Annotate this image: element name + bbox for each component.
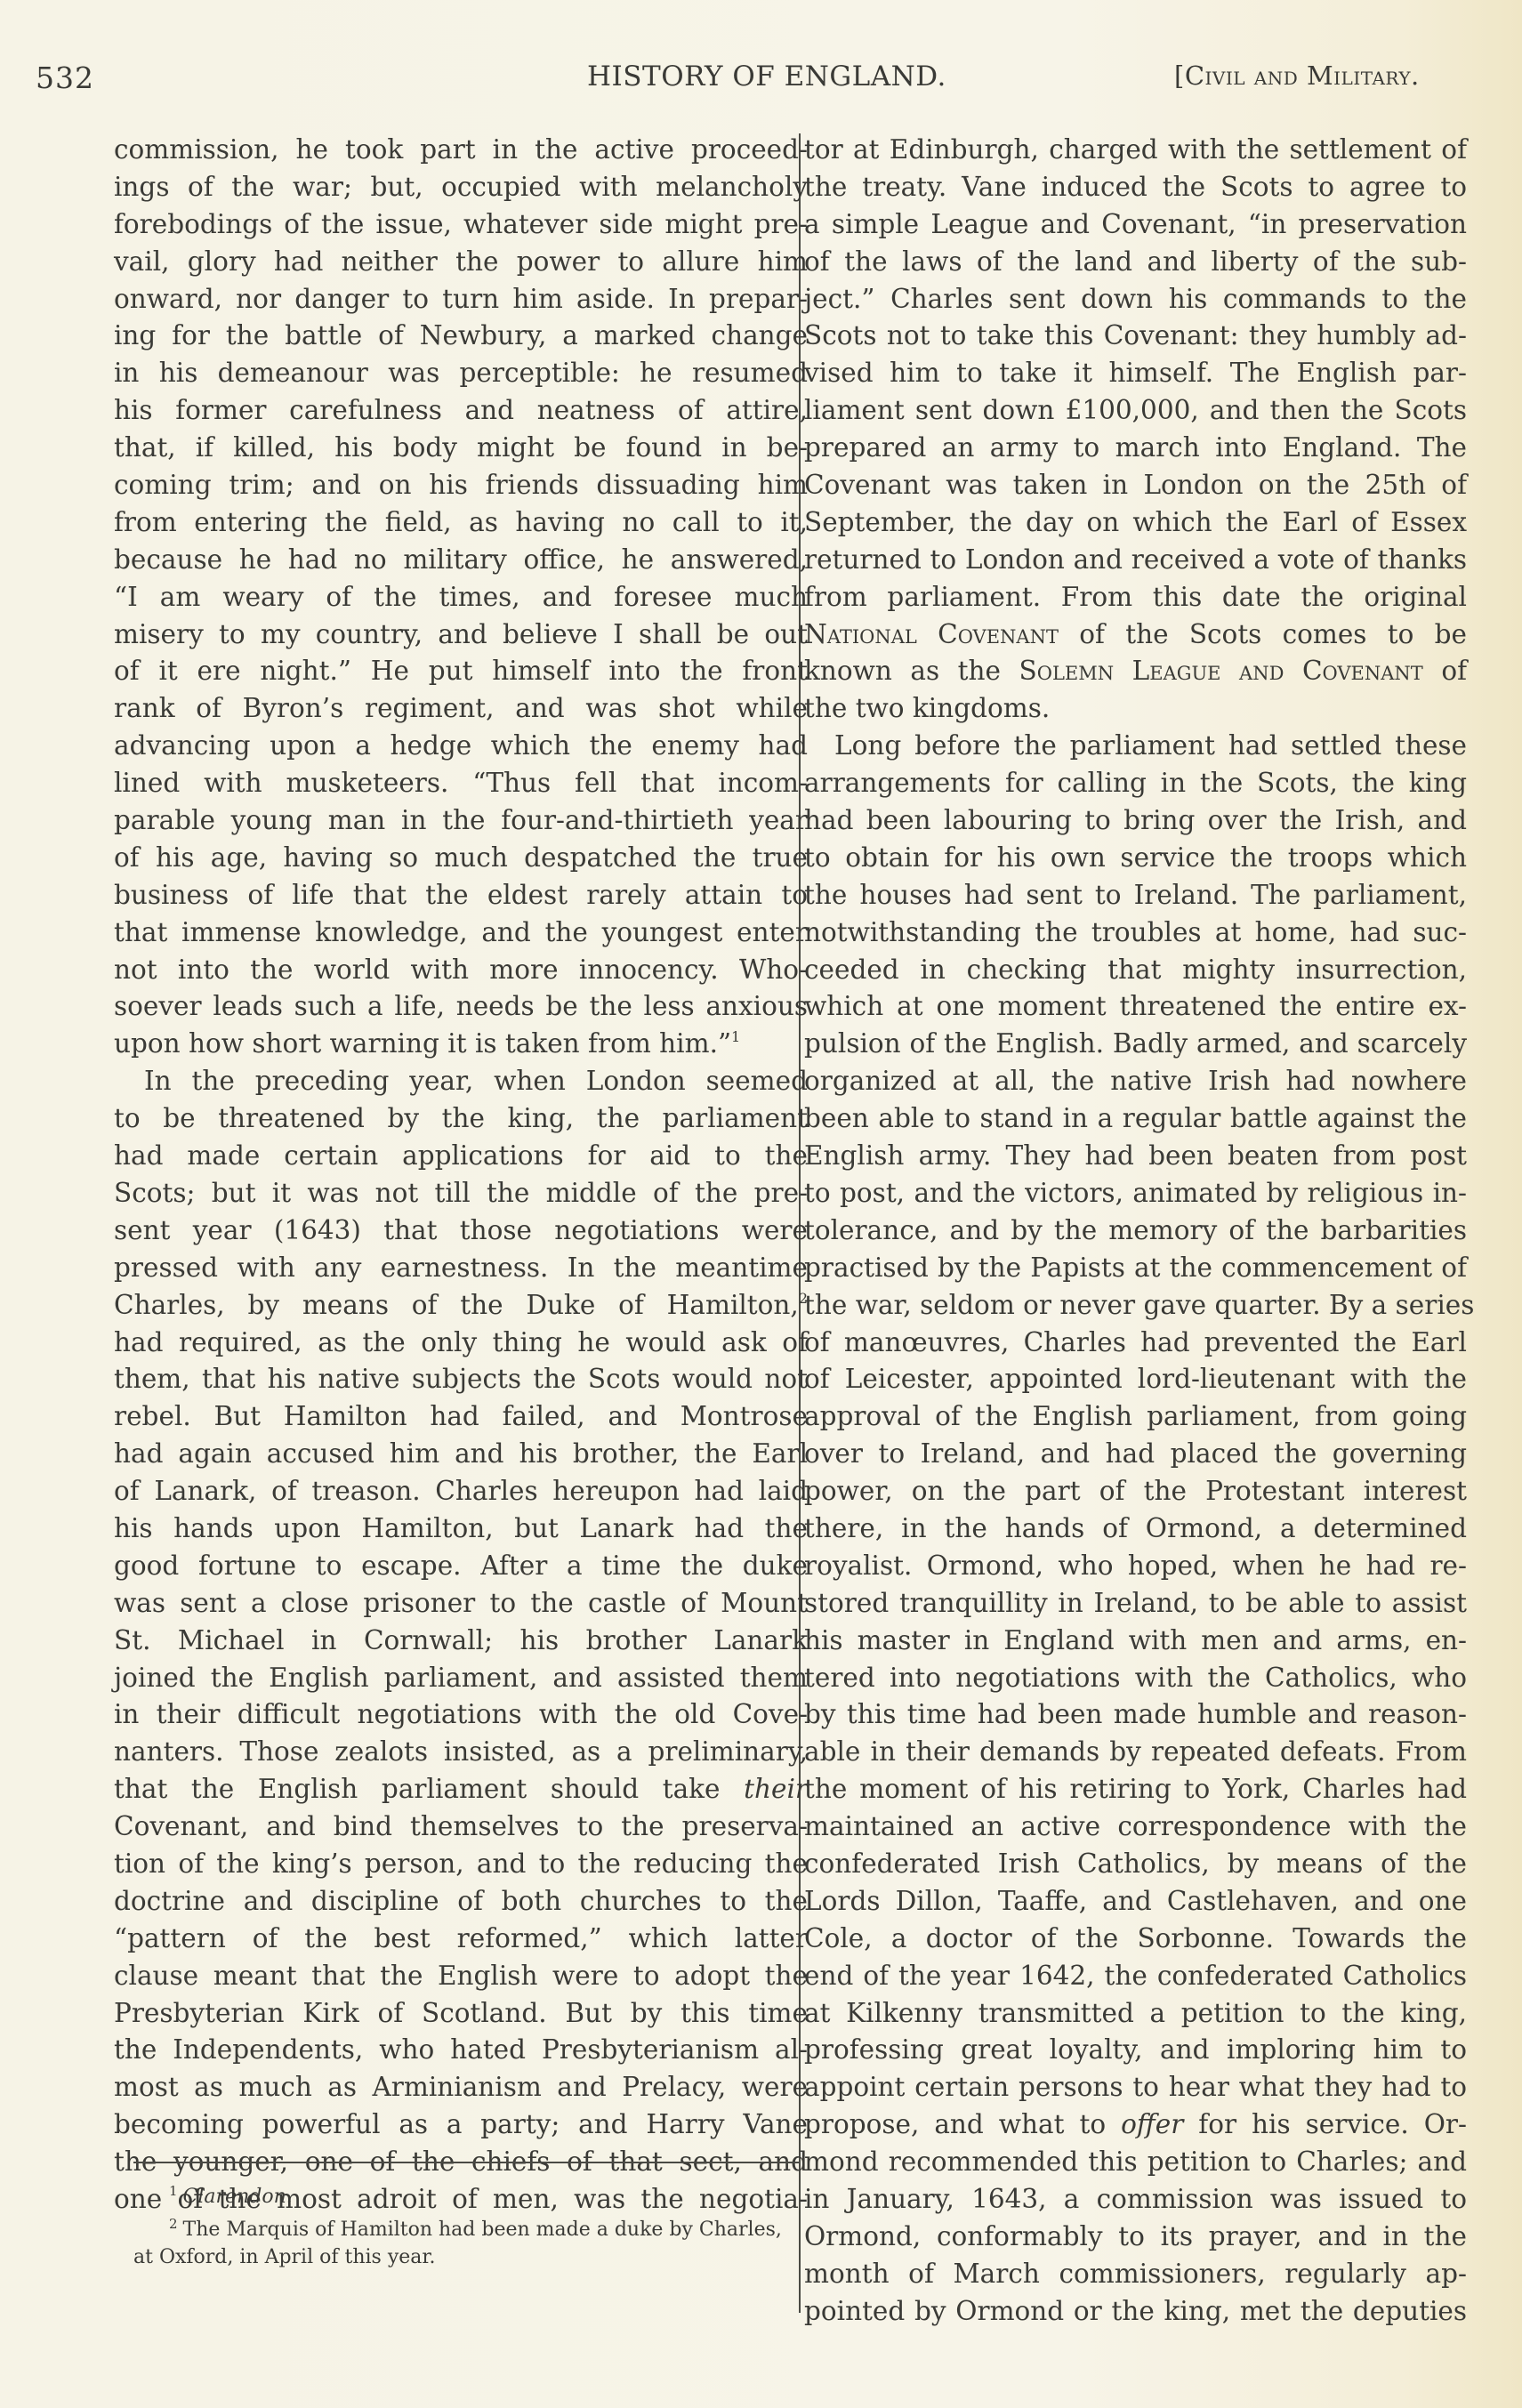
text-line: commission, he took part in the active p…	[114, 132, 808, 169]
text-line: Scots not to take this Covenant: they hu…	[804, 318, 1467, 355]
text-line: not into the world with more innocency. …	[114, 952, 808, 989]
page-number: 532	[36, 60, 94, 95]
text-line: vised him to take it himself. The Englis…	[804, 355, 1467, 392]
text-line: practised by the Papists at the commence…	[804, 1250, 1467, 1287]
text-line: forebodings of the issue, whatever side …	[114, 206, 808, 244]
text-line: Scots; but it was not till the middle of…	[114, 1175, 808, 1212]
text-line: rank of Byron’s regiment, and was shot w…	[114, 690, 808, 728]
text-line: National Covenant of the Scots comes to …	[804, 616, 1467, 654]
running-title: HISTORY OF ENGLAND.	[587, 60, 946, 93]
text-line: of his age, having so much despatched th…	[114, 840, 808, 877]
text-line: most as much as Arminianism and Prelacy,…	[114, 2069, 808, 2106]
text-line: the Independents, who hated Presbyterian…	[114, 2032, 808, 2069]
text-line: Covenant was taken in London on the 25th…	[804, 467, 1467, 504]
text-line: ings of the war; but, occupied with mela…	[114, 169, 808, 206]
footnote-1: 1Clarendon.	[133, 2178, 801, 2211]
text-line: “pattern of the best reformed,” which la…	[114, 1921, 808, 1958]
text-line: coming trim; and on his friends dissuadi…	[114, 467, 808, 504]
footnote-text: Clarendon.	[183, 2186, 293, 2208]
text-line: ject.” Charles sent down his commands to…	[804, 281, 1467, 318]
text-line: because he had no military office, he an…	[114, 542, 808, 579]
text-segment: of the Scots comes to be	[1059, 619, 1467, 649]
text-line: from entering the field, as having no ca…	[114, 504, 808, 542]
text-line: pressed with any earnestness. In the mea…	[114, 1250, 808, 1287]
right-column: tor at Edinburgh, charged with the settl…	[804, 132, 1467, 2331]
text-line: notwithstanding the troubles at home, ha…	[804, 914, 1467, 952]
text-line: becoming powerful as a party; and Harry …	[114, 2106, 808, 2144]
text-line: from parliament. From this date the orig…	[804, 579, 1467, 616]
text-line: his former carefulness and neatness of a…	[114, 392, 808, 430]
text-line: propose, and what to offer for his servi…	[804, 2106, 1467, 2144]
small-caps-term: National Covenant	[804, 619, 1059, 649]
text-line: of the laws of the land and liberty of t…	[804, 244, 1467, 281]
footnote-2-continued: at Oxford, in April of this year.	[133, 2243, 801, 2271]
paragraph-start: In the preceding year, when London seeme…	[114, 1063, 808, 1100]
text-line: had been labouring to bring over the Iri…	[804, 802, 1467, 840]
italic-emphasis: their	[744, 1774, 808, 1804]
text-line: nanters. Those zealots insisted, as a pr…	[114, 1734, 808, 1771]
text-line: of it ere night.” He put himself into th…	[114, 653, 808, 690]
text-line: appoint certain persons to hear what the…	[804, 2069, 1467, 2106]
text-segment: of	[1423, 656, 1467, 686]
text-line: able in their demands by repeated defeat…	[804, 1734, 1467, 1771]
footnotes: 1Clarendon. 2The Marquis of Hamilton had…	[133, 2178, 801, 2271]
text-line: confederated Irish Catholics, by means o…	[804, 1846, 1467, 1883]
text-segment: Charles, by means of the Duke of Hamilto…	[114, 1290, 799, 1320]
text-segment: for his service. Or-	[1183, 2109, 1467, 2139]
text-line: that the English parliament should take …	[114, 1771, 808, 1808]
text-line: tor at Edinburgh, charged with the settl…	[804, 132, 1467, 169]
text-line: of Leicester, appointed lord-lieutenant …	[804, 1361, 1467, 1398]
text-line: had again accused him and his brother, t…	[114, 1436, 808, 1473]
text-line: maintained an active correspondence with…	[804, 1808, 1467, 1846]
text-line: stored tranquillity in Ireland, to be ab…	[804, 1585, 1467, 1623]
text-line: organized at all, the native Irish had n…	[804, 1063, 1467, 1100]
text-line: to be threatened by the king, the parlia…	[114, 1100, 808, 1138]
text-line: of manœuvres, Charles had prevented the …	[804, 1325, 1467, 1362]
text-line: pulsion of the English. Badly armed, and…	[804, 1026, 1467, 1063]
text-line: the war, seldom or never gave quarter. B…	[804, 1287, 1467, 1325]
text-line: “I am weary of the times, and foresee mu…	[114, 579, 808, 616]
footnote-reference[interactable]: 1	[731, 1028, 740, 1045]
text-line: good fortune to escape. After a time the…	[114, 1548, 808, 1585]
text-line: tered into negotiations with the Catholi…	[804, 1660, 1467, 1697]
text-line: tolerance, and by the memory of the barb…	[804, 1212, 1467, 1250]
text-line: royalist. Ormond, who hoped, when he had…	[804, 1548, 1467, 1585]
text-line: Lords Dillon, Taaffe, and Castlehaven, a…	[804, 1883, 1467, 1921]
text-line: them, that his native subjects the Scots…	[114, 1361, 808, 1398]
italic-emphasis: offer	[1121, 2109, 1183, 2139]
text-line: was sent a close prisoner to the castle …	[114, 1585, 808, 1623]
text-line: approval of the English parliament, from…	[804, 1398, 1467, 1436]
text-line: the houses had sent to Ireland. The parl…	[804, 877, 1467, 914]
text-line: business of life that the eldest rarely …	[114, 877, 808, 914]
text-line: sent year (1643) that those negotiations…	[114, 1212, 808, 1250]
text-line: Covenant, and bind themselves to the pre…	[114, 1808, 808, 1846]
text-line: to post, and the victors, animated by re…	[804, 1175, 1467, 1212]
page-header: 532 HISTORY OF ENGLAND. [Civil and Milit…	[0, 60, 1522, 96]
text-line: clause meant that the English were to ad…	[114, 1958, 808, 1995]
text-line: known as the Solemn League and Covenant …	[804, 653, 1467, 690]
text-line: ceeded in checking that mighty insurrect…	[804, 952, 1467, 989]
text-line: parable young man in the four-and-thirti…	[114, 802, 808, 840]
footnote-marker: 1	[169, 2183, 178, 2199]
text-line: in his demeanour was perceptible: he res…	[114, 355, 808, 392]
text-line: by this time had been made humble and re…	[804, 1696, 1467, 1734]
text-line: there, in the hands of Ormond, a determi…	[804, 1510, 1467, 1548]
footnote-2: 2The Marquis of Hamilton had been made a…	[133, 2211, 801, 2243]
text-line: ing for the battle of Newbury, a marked …	[114, 318, 808, 355]
text-segment: upon how short warning it is taken from …	[114, 1028, 731, 1059]
text-line: upon how short warning it is taken from …	[114, 1026, 808, 1063]
text-line: that immense knowledge, and the youngest…	[114, 914, 808, 952]
text-line: the treaty. Vane induced the Scots to ag…	[804, 169, 1467, 206]
text-line: power, on the part of the Protestant int…	[804, 1473, 1467, 1510]
text-line: had made certain applications for aid to…	[114, 1138, 808, 1175]
text-line: advancing upon a hedge which the enemy h…	[114, 728, 808, 765]
text-line: returned to London and received a vote o…	[804, 542, 1467, 579]
text-line: which at one moment threatened the entir…	[804, 988, 1467, 1026]
text-line: Cole, a doctor of the Sorbonne. Towards …	[804, 1921, 1467, 1958]
text-line: to obtain for his own service the troops…	[804, 840, 1467, 877]
text-segment: that the English parliament should take	[114, 1774, 744, 1804]
text-line: rebel. But Hamilton had failed, and Mont…	[114, 1398, 808, 1436]
text-segment: known as the	[804, 656, 1019, 686]
text-line: Charles, by means of the Duke of Hamilto…	[114, 1287, 808, 1325]
text-line: end of the year 1642, the confederated C…	[804, 1958, 1467, 1995]
text-line: Presbyterian Kirk of Scotland. But by th…	[114, 1995, 808, 2033]
text-line: professing great loyalty, and imploring …	[804, 2032, 1467, 2069]
paragraph-start: Long before the parliament had settled t…	[804, 728, 1467, 765]
text-line: onward, nor danger to turn him aside. In…	[114, 281, 808, 318]
text-line: his master in England with men and arms,…	[804, 1623, 1467, 1660]
footnote-marker: 2	[169, 2216, 178, 2232]
text-line: Ormond, conformably to its prayer, and i…	[804, 2219, 1467, 2256]
text-line: in their difficult negotiations with the…	[114, 1696, 808, 1734]
footnote-divider	[133, 2162, 801, 2163]
text-line: September, the day on which the Earl of …	[804, 504, 1467, 542]
text-segment: propose, and what to	[804, 2109, 1121, 2139]
text-line: mond recommended this petition to Charle…	[804, 2144, 1467, 2181]
text-line: doctrine and discipline of both churches…	[114, 1883, 808, 1921]
text-line: of Lanark, of treason. Charles hereupon …	[114, 1473, 808, 1510]
section-title: [Civil and Military.	[1174, 60, 1420, 91]
text-line: in January, 1643, a commission was issue…	[804, 2181, 1467, 2219]
text-line: had required, as the only thing he would…	[114, 1325, 808, 1362]
text-line: month of March commissioners, regularly …	[804, 2256, 1467, 2293]
text-line: arrangements for calling in the Scots, t…	[804, 765, 1467, 802]
text-line: tion of the king’s person, and to the re…	[114, 1846, 808, 1883]
text-line: the moment of his retiring to York, Char…	[804, 1771, 1467, 1808]
text-line: St. Michael in Cornwall; his brother Lan…	[114, 1623, 808, 1660]
small-caps-term: Solemn League and Covenant	[1019, 656, 1423, 686]
text-line: been able to stand in a regular battle a…	[804, 1100, 1467, 1138]
footnote-text: The Marquis of Hamilton had been made a …	[183, 2219, 782, 2241]
text-line: lined with musketeers. “Thus fell that i…	[114, 765, 808, 802]
text-line: vail, glory had neither the power to all…	[114, 244, 808, 281]
text-line: English army. They had been beaten from …	[804, 1138, 1467, 1175]
text-line: misery to my country, and believe I shal…	[114, 616, 808, 654]
text-line: liament sent down £100,000, and then the…	[804, 392, 1467, 430]
text-line: a simple League and Covenant, “in preser…	[804, 206, 1467, 244]
text-line: over to Ireland, and had placed the gove…	[804, 1436, 1467, 1473]
text-line: prepared an army to march into England. …	[804, 430, 1467, 467]
text-line: the two kingdoms.	[804, 690, 1467, 728]
text-line: joined the English parliament, and assis…	[114, 1660, 808, 1697]
text-line: at Kilkenny transmitted a petition to th…	[804, 1995, 1467, 2033]
text-line: soever leads such a life, needs be the l…	[114, 988, 808, 1026]
text-line: that, if killed, his body might be found…	[114, 430, 808, 467]
text-line: his hands upon Hamilton, but Lanark had …	[114, 1510, 808, 1548]
text-line: pointed by Ormond or the king, met the d…	[804, 2293, 1467, 2331]
left-column: commission, he took part in the active p…	[114, 132, 808, 2219]
